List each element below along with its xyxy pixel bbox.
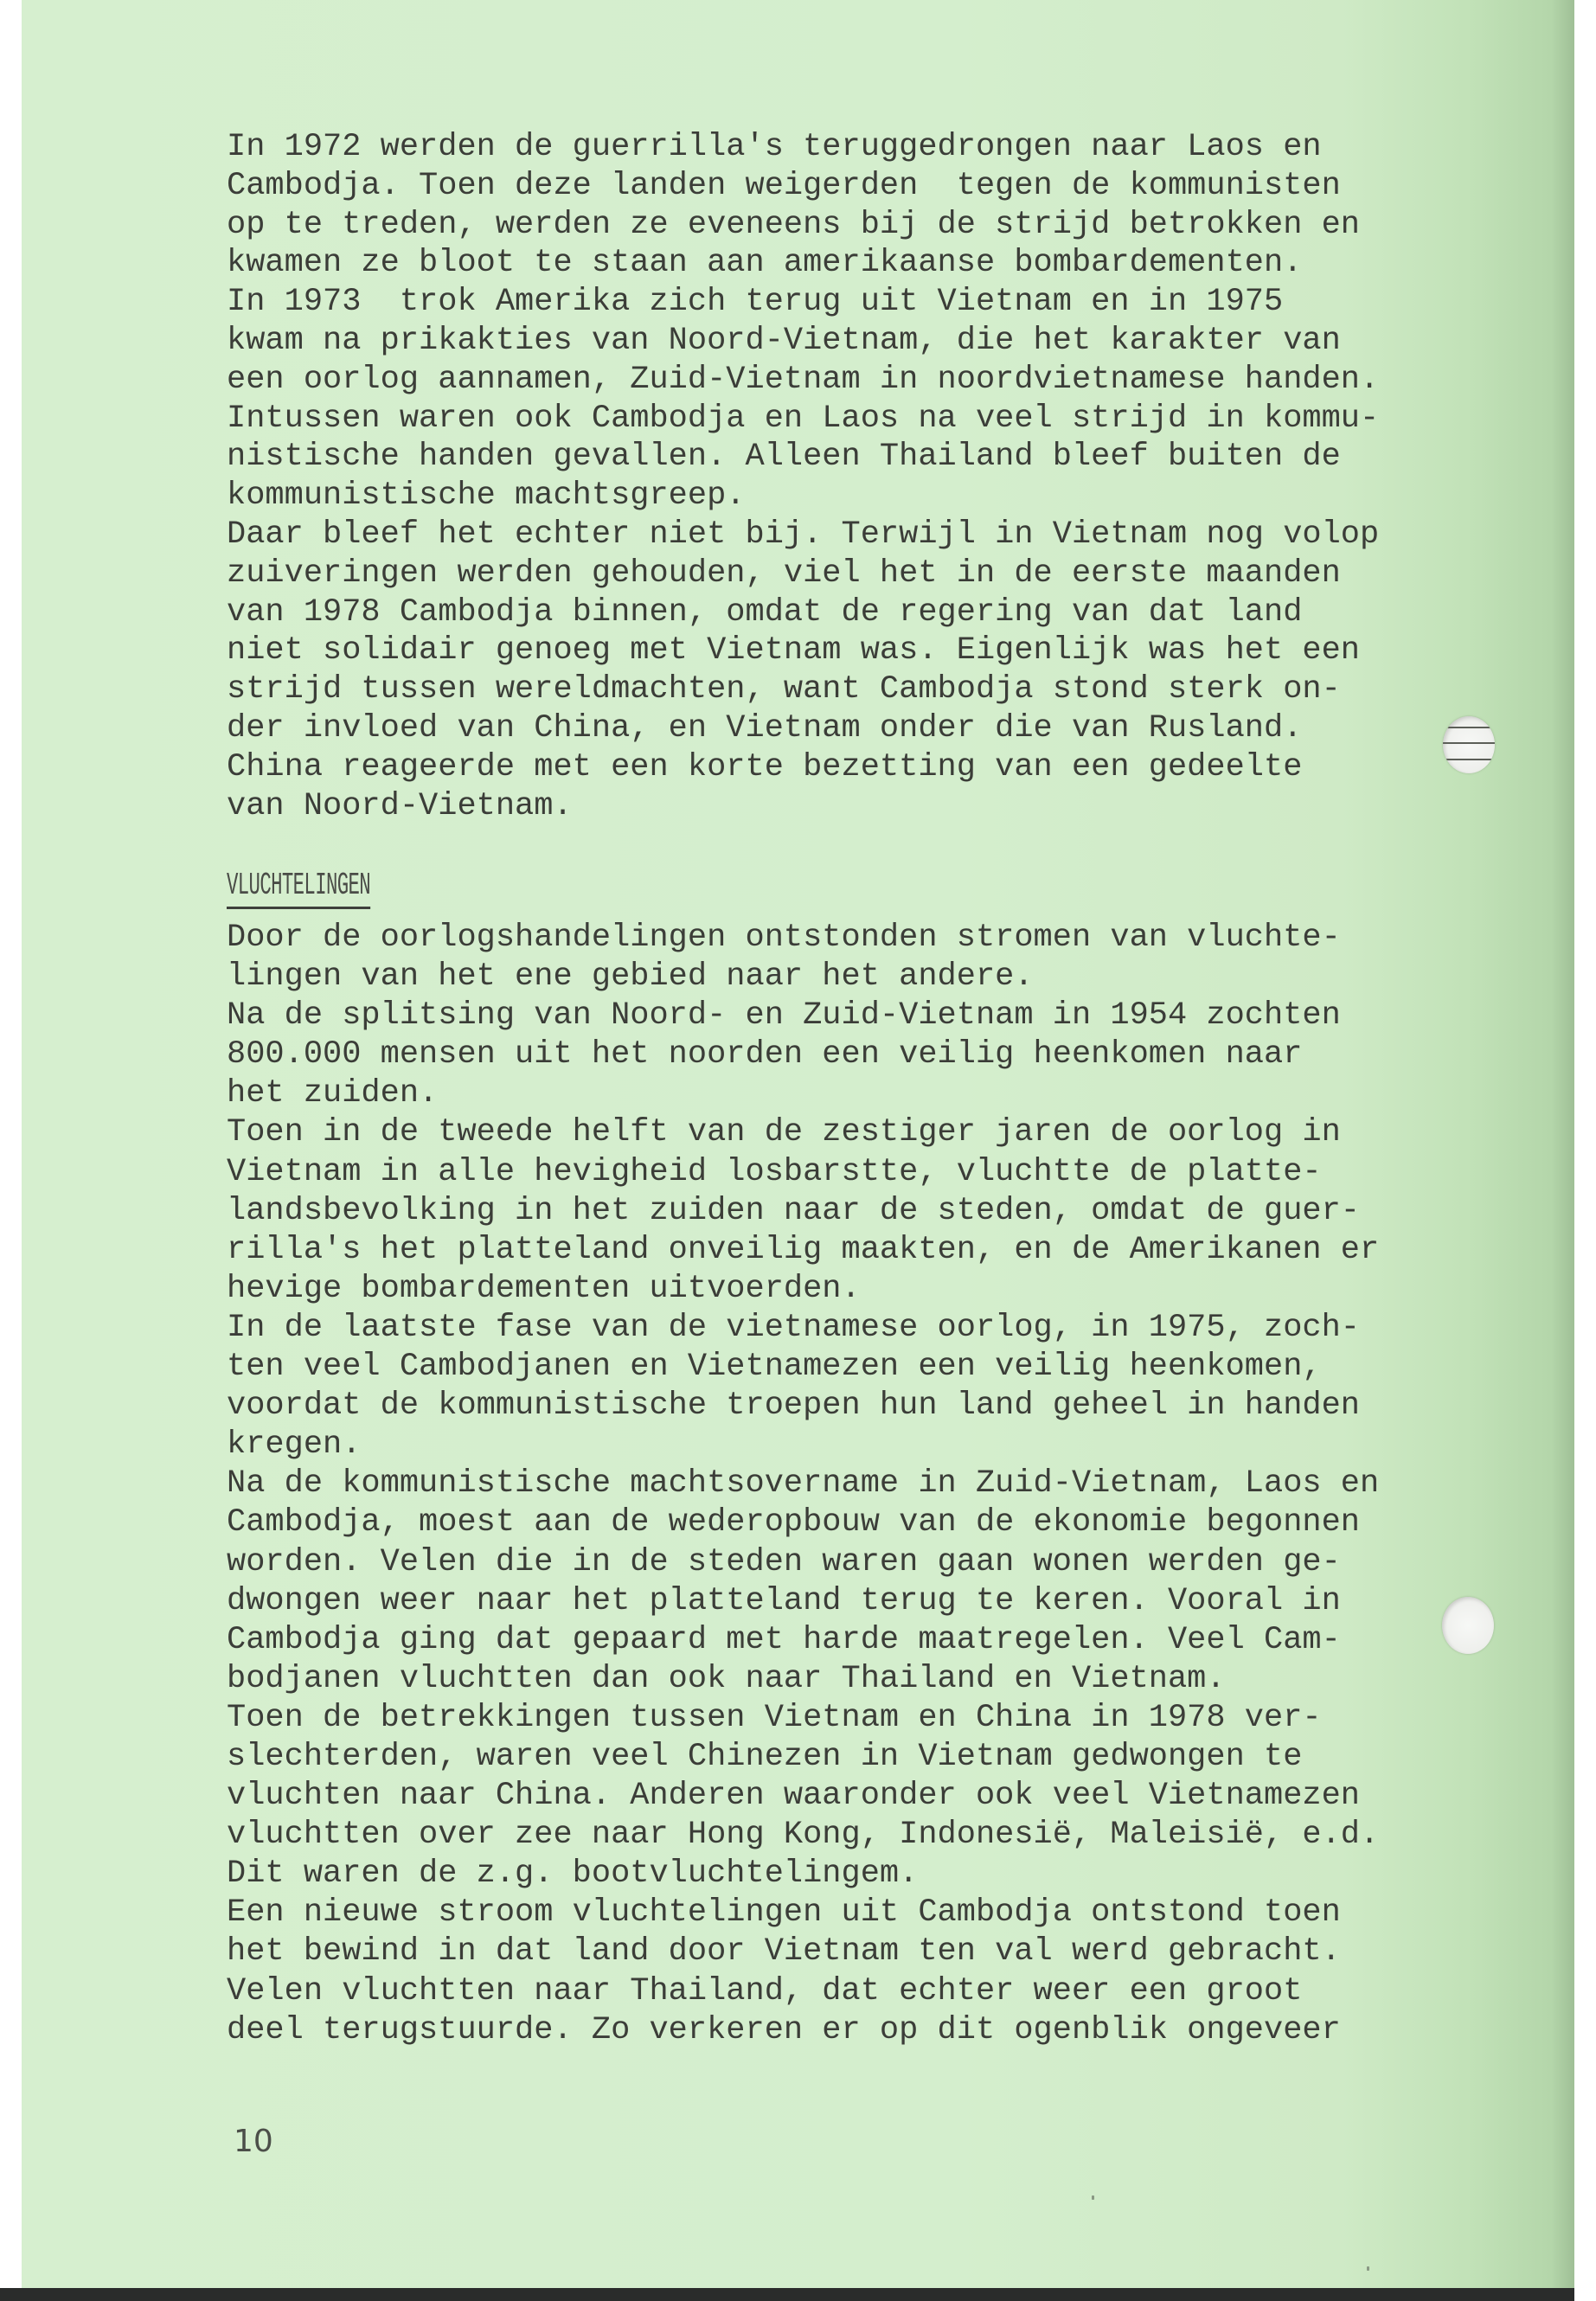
text-line: In de laatste fase van de vietnamese oor… [227,1309,1379,1348]
text-line: Dit waren de z.g. bootvluchtelingem. [227,1855,1379,1894]
text-line: Cambodja. Toen deze landen weigerden teg… [227,167,1379,206]
text-line: dwongen weer naar het platteland terug t… [227,1582,1379,1621]
text-line: vluchten naar China. Anderen waaronder o… [227,1777,1379,1816]
text-line: niet solidair genoeg met Vietnam was. Ei… [227,631,1379,670]
text-line: Daar bleef het echter niet bij. Terwijl … [227,516,1379,554]
paper-speck [1367,2266,1369,2271]
text-line: zuiveringen werden gehouden, viel het in… [227,554,1379,593]
text-line: vluchtten over zee naar Hong Kong, Indon… [227,1816,1379,1855]
text-line: China reageerde met een korte bezetting … [227,748,1379,787]
binder-hole-icon [1442,1597,1494,1654]
body-text-vluchtelingen: Door de oorlogshandelingen ontstonden st… [227,919,1379,2050]
text-line: van Noord-Vietnam. [227,787,1379,826]
binder-hole-icon [1443,716,1495,773]
scan-margin-right [1574,0,1596,2301]
text-line: In 1973 trok Amerika zich terug uit Viet… [227,283,1379,322]
text-line: deel terugstuurde. Zo verkeren er op dit… [227,2011,1379,2050]
text-line: voordat de kommunistische troepen hun la… [227,1387,1379,1426]
text-line: slechterden, waren veel Chinezen in Viet… [227,1738,1379,1777]
body-text-intro: In 1972 werden de guerrilla's teruggedro… [227,128,1379,825]
text-line: het bewind in dat land door Vietnam ten … [227,1932,1379,1971]
text-line: In 1972 werden de guerrilla's teruggedro… [227,128,1379,167]
scan-edge-bottom [0,2288,1574,2301]
text-line: het zuiden. [227,1074,1379,1113]
text-line: nistische handen gevallen. Alleen Thaila… [227,438,1379,477]
text-line: kwam na prikakties van Noord-Vietnam, di… [227,322,1379,361]
text-line: Een nieuwe stroom vluchtelingen uit Camb… [227,1894,1379,1932]
text-line: Intussen waren ook Cambodja en Laos na v… [227,400,1379,439]
text-line: Cambodja, moest aan de wederopbouw van d… [227,1503,1379,1542]
paper-speck [1092,2195,1094,2200]
text-line: strijd tussen wereldmachten, want Cambod… [227,670,1379,709]
section-heading: VLUCHTELINGEN [227,868,370,909]
text-line: Na de splitsing van Noord- en Zuid-Vietn… [227,997,1379,1035]
text-line: kwamen ze bloot te staan aan amerikaanse… [227,244,1379,283]
text-line: lingen van het ene gebied naar het ander… [227,958,1379,997]
text-line: Vietnam in alle hevigheid losbarstte, vl… [227,1153,1379,1192]
text-line: een oorlog aannamen, Zuid-Vietnam in noo… [227,361,1379,400]
text-line: 800.000 mensen uit het noorden een veili… [227,1035,1379,1074]
text-line: bodjanen vluchtten dan ook naar Thailand… [227,1660,1379,1699]
text-line: Cambodja ging dat gepaard met harde maat… [227,1621,1379,1660]
text-line: Na de kommunistische machtsovername in Z… [227,1465,1379,1503]
text-line: worden. Velen die in de steden waren gaa… [227,1543,1379,1582]
text-line: Door de oorlogshandelingen ontstonden st… [227,919,1379,958]
page-number: 10 [234,2124,273,2159]
text-line: der invloed van China, en Vietnam onder … [227,709,1379,748]
text-line: hevige bombardementen uitvoerden. [227,1270,1379,1309]
text-line: rilla's het platteland onveilig maakten,… [227,1231,1379,1270]
text-line: ten veel Cambodjanen en Vietnamezen een … [227,1348,1379,1387]
text-line: Velen vluchtten naar Thailand, dat echte… [227,1972,1379,2011]
text-line: Toen in de tweede helft van de zestiger … [227,1113,1379,1152]
text-line: Toen de betrekkingen tussen Vietnam en C… [227,1699,1379,1738]
text-line: kommunistische machtsgreep. [227,477,1379,516]
text-line: landsbevolking in het zuiden naar de ste… [227,1192,1379,1231]
text-line: kregen. [227,1426,1379,1465]
text-line: van 1978 Cambodja binnen, omdat de reger… [227,593,1379,632]
text-line: op te treden, werden ze eveneens bij de … [227,206,1379,245]
